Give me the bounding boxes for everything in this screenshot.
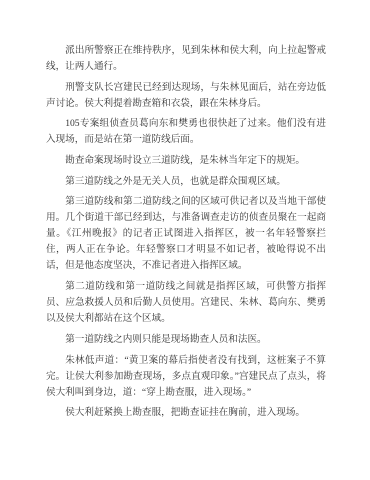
paragraph: 勘查命案现场时设立三道防线，是朱林当年定下的规矩。 [46,153,326,169]
paragraph: 派出所警察正在维持秩序，见到朱林和侯大利，向上拉起警戒线，让两人通行。 [46,43,326,75]
paragraph: 朱林低声道：“黄卫案的幕后指使者没有找到，这桩案子不算完。让侯大利参加勘查现场，… [46,353,326,401]
document-page: 派出所警察正在维持秩序，见到朱林和侯大利，向上拉起警戒线，让两人通行。 刑警支队… [0,0,370,480]
paragraph: 第一道防线之内则只能是现场勘查人员和法医。 [46,332,326,348]
paragraph: 侯大利赶紧换上勘查服，把勘查证挂在胸前，进入现场。 [46,405,326,421]
paragraph: 第三道防线和第二道防线之间的区域可供记者以及当地干部使用。几个街道干部已经到达，… [46,194,326,274]
paragraph: 刑警支队长宫建民已经到达现场，与朱林见面后，站在旁边低声讨论。侯大利提着勘查箱和… [46,80,326,112]
paragraph: 第三道防线之外是无关人员，也就是群众围观区域。 [46,174,326,190]
paragraph: 105专案组侦查员葛向东和樊勇也很快赶了过来。他们没有进入现场，而是站在第一道防… [46,116,326,148]
paragraph: 第二道防线和第一道防线之间就是指挥区域，可供警方指挥员、应急救援人员和后勤人员使… [46,279,326,327]
